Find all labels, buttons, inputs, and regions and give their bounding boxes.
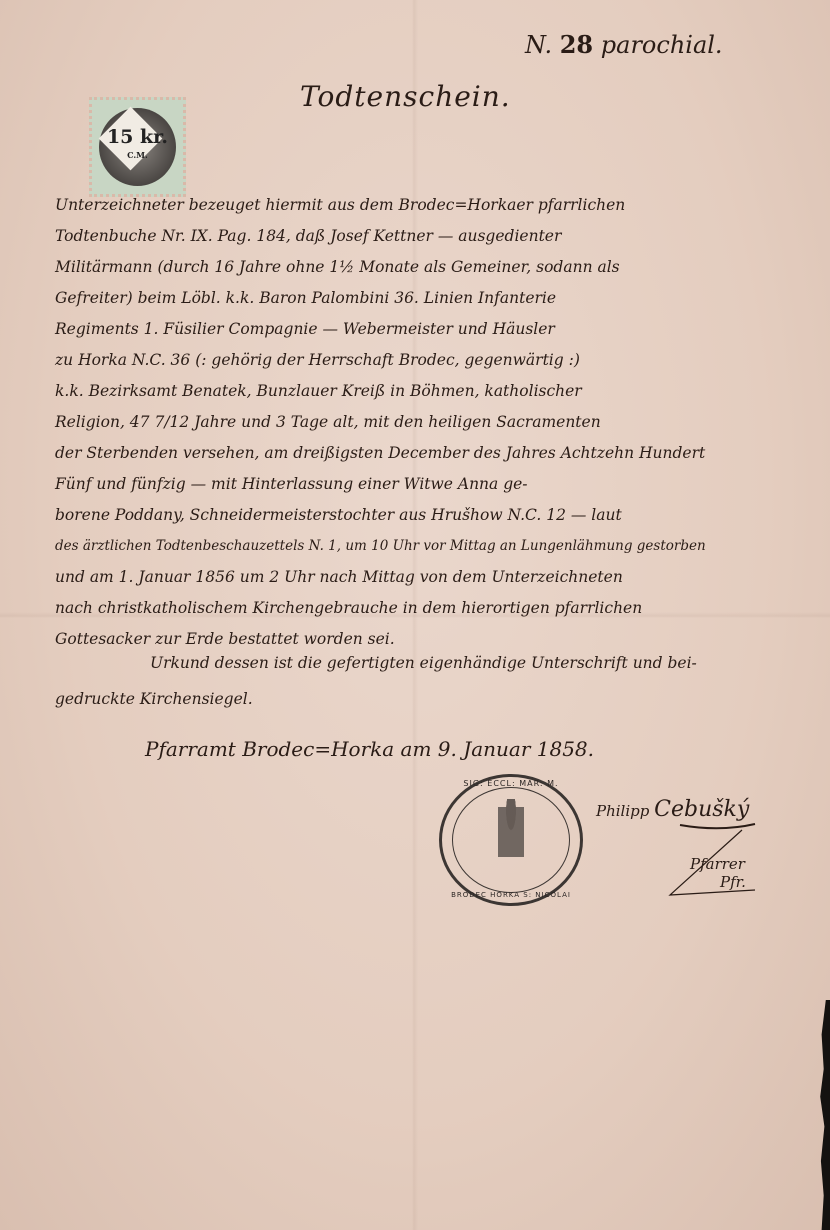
revenue-stamp: 15 kr. C.M. xyxy=(89,97,186,197)
body-line: borene Poddany, Schneidermeisterstochter… xyxy=(55,500,815,531)
body-line: Fünf und fünfzig — mit Hinterlassung ein… xyxy=(55,469,815,500)
register-number: N. 28 parochial. xyxy=(525,30,723,59)
body-line: Gefreiter) beim Löbl. k.k. Baron Palombi… xyxy=(55,283,815,314)
body-line: zu Horka N.C. 36 (: gehörig der Herrscha… xyxy=(55,345,815,376)
signature-title-line: Pfarrer xyxy=(690,855,746,873)
body-line: Todtenbuche Nr. IX. Pag. 184, daß Josef … xyxy=(55,221,815,252)
register-prefix: N. xyxy=(525,31,552,59)
closing-line: gedruckte Kirchensiegel. xyxy=(55,681,815,717)
body-line: Regiments 1. Füsilier Compagnie — Weberm… xyxy=(55,314,815,345)
body-line: Unterzeichneter bezeuget hiermit aus dem… xyxy=(55,190,815,221)
certificate-body: Unterzeichneter bezeuget hiermit aus dem… xyxy=(55,190,815,655)
place-and-date: Pfarramt Brodec=Horka am 9. Januar 1858. xyxy=(145,737,594,761)
seal-inscription-top: SIG: ECCL: MAR: M. xyxy=(442,779,580,788)
body-line: und am 1. Januar 1856 um 2 Uhr nach Mitt… xyxy=(55,562,815,593)
saint-figure-icon xyxy=(494,799,528,877)
signature-abbrev: Pfr. xyxy=(690,873,746,891)
register-suffix: parochial. xyxy=(601,31,723,59)
body-line: Religion, 47 7/12 Jahre und 3 Tage alt, … xyxy=(55,407,815,438)
signature-surname: Cebušký xyxy=(654,797,749,822)
document-title: Todtenschein. xyxy=(300,80,511,113)
stamp-currency: C.M. xyxy=(92,150,183,160)
body-line: nach christkatholischem Kirchengebrauche… xyxy=(55,593,815,624)
signature-name: Philipp Cebušký xyxy=(596,797,749,822)
body-line: des ärztlichen Todtenbeschauzettels N. 1… xyxy=(55,531,815,562)
parish-seal: SIG: ECCL: MAR: M. BRODEC HORKA S: NICOL… xyxy=(439,774,583,906)
signature-title: Pfarrer Pfr. xyxy=(690,855,746,891)
signature-first-name: Philipp xyxy=(596,802,649,820)
register-number-value: 28 xyxy=(560,30,593,59)
certificate-closing: Urkund dessen ist die gefertigten eigenh… xyxy=(55,645,815,717)
stamp-value: 15 kr. xyxy=(92,126,183,148)
seal-inscription-bottom: BRODEC HORKA S: NICOLAI xyxy=(442,891,580,899)
body-line: Militärmann (durch 16 Jahre ohne 1½ Mona… xyxy=(55,252,815,283)
closing-line: Urkund dessen ist die gefertigten eigenh… xyxy=(55,645,815,681)
body-line: k.k. Bezirksamt Benatek, Bunzlauer Kreiß… xyxy=(55,376,815,407)
body-line: der Sterbenden versehen, am dreißigsten … xyxy=(55,438,815,469)
